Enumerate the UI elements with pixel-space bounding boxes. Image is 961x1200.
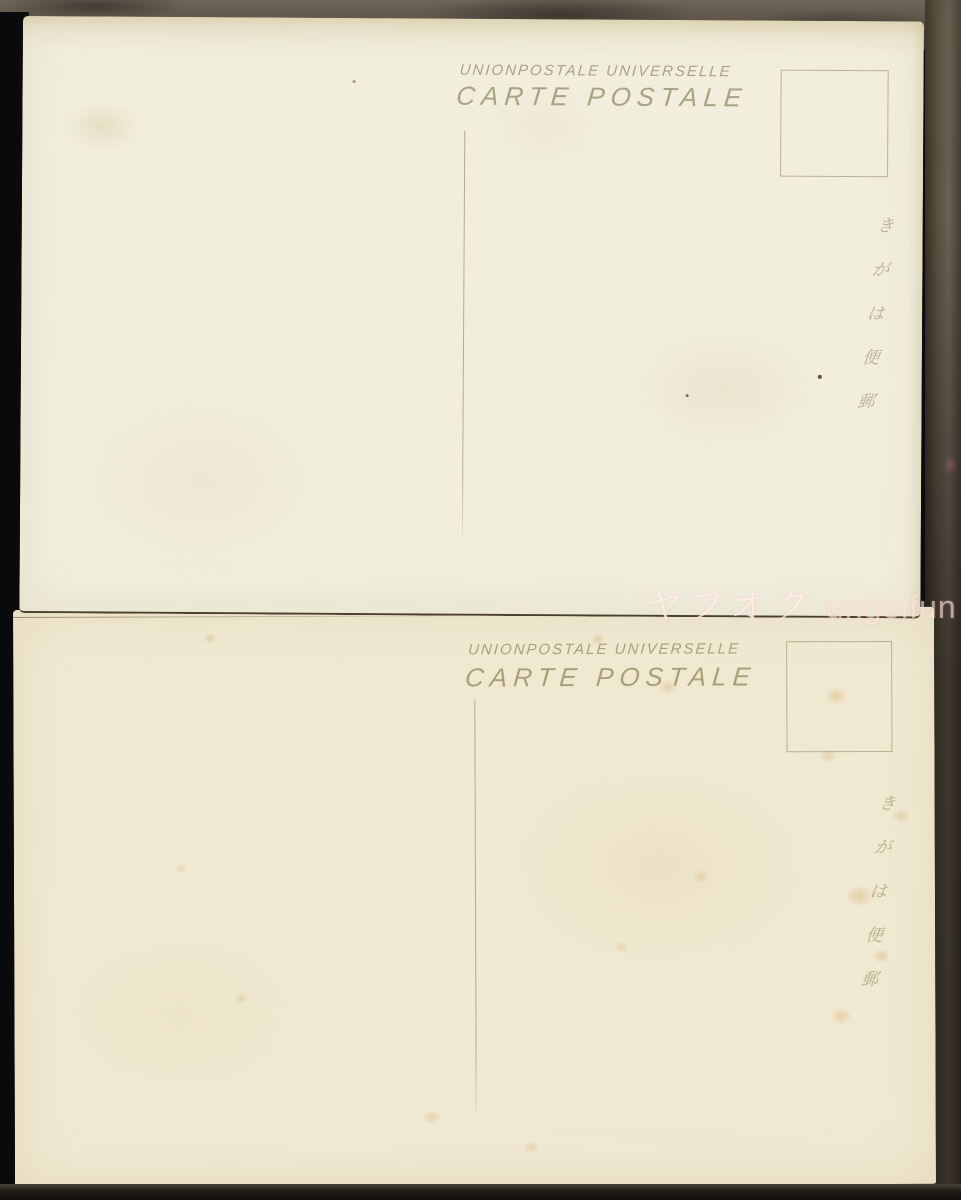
upu-header-text: UNIONPOSTALE UNIVERSELLE	[468, 641, 741, 657]
vertical-postal-text: き が は 便 郵	[856, 217, 894, 410]
kanji-char: 便	[865, 927, 884, 944]
kana-char: が	[874, 839, 893, 856]
postcard-bottom: UNIONPOSTALE UNIVERSELLE CARTE POSTALE き…	[13, 607, 936, 1189]
kanji-char: 郵	[860, 971, 879, 988]
carte-postale-title: CARTE POSTALE	[464, 663, 757, 690]
kana-char: は	[866, 305, 885, 322]
upu-header-text: UNIONPOSTALE UNIVERSELLE	[459, 63, 732, 80]
auction-watermark: ヤフオク ungeifun	[645, 575, 957, 629]
backdrop-spot	[943, 455, 958, 475]
stamp-box	[780, 70, 889, 178]
backdrop-bottom-strip	[0, 1184, 961, 1200]
kanji-char: 便	[861, 349, 880, 366]
kana-char: き	[878, 795, 897, 812]
stamp-box	[786, 641, 892, 752]
paper-speck	[686, 394, 689, 397]
vertical-postal-text: き が は 便 郵	[860, 795, 897, 988]
paper-speck	[353, 80, 356, 83]
carte-postale-title: CARTE POSTALE	[455, 83, 748, 111]
kana-char: は	[869, 883, 888, 900]
kana-char: き	[876, 217, 895, 234]
postcard-top: UNIONPOSTALE UNIVERSELLE CARTE POSTALE き…	[19, 16, 924, 618]
address-divider-line	[474, 700, 476, 1112]
kana-char: が	[871, 261, 890, 278]
photo-backdrop: UNIONPOSTALE UNIVERSELLE CARTE POSTALE き…	[0, 0, 961, 1200]
kanji-char: 郵	[856, 393, 875, 410]
address-divider-line	[462, 131, 465, 535]
watermark-latin-text: ungeifun	[826, 589, 957, 626]
watermark-japanese-text: ヤフオク	[645, 575, 816, 629]
paper-speck	[818, 375, 822, 379]
